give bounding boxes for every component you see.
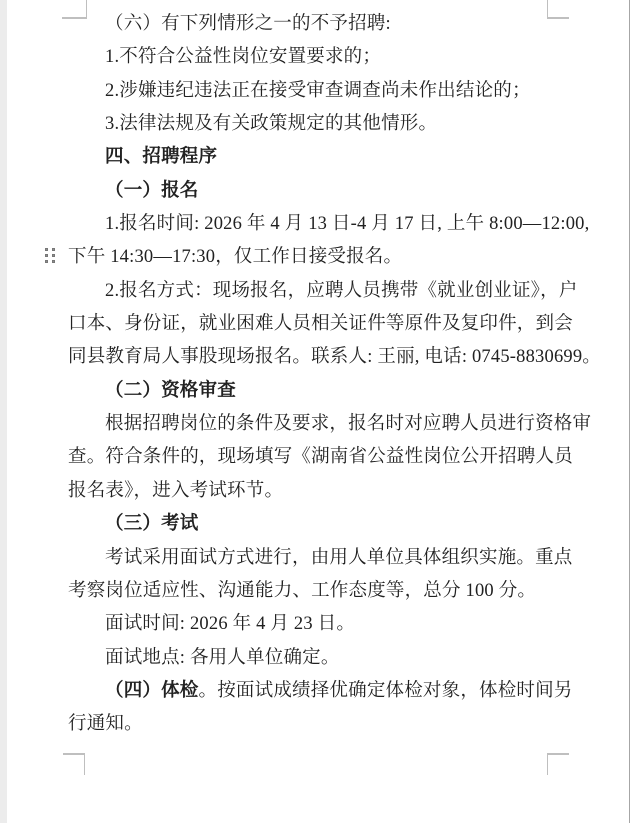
- text-line: 同县教育局人事股现场报名。联系人: 王丽, 电话: 0745-8830699。: [68, 341, 620, 374]
- margin-crop-mark-bottom-right-icon: [547, 753, 569, 775]
- text-line: 面试时间: 2026 年 4 月 23 日。: [68, 608, 620, 641]
- text-line: （六）有下列情形之一的不予招聘:: [68, 8, 620, 41]
- canvas-gutter: [0, 0, 7, 823]
- text-line: 根据招聘岗位的条件及要求，报名时对应聘人员进行资格审: [68, 408, 620, 441]
- text-line: 3.法律法规及有关政策规定的其他情形。: [68, 108, 620, 141]
- text-line: （三）考试: [68, 508, 620, 541]
- text-line: 四、招聘程序: [68, 141, 620, 174]
- text-line: 考试采用面试方式进行，由用人单位具体组织实施。重点: [68, 542, 620, 575]
- text-line: 口本、身份证，就业困难人员相关证件等原件及复印件，到会: [68, 308, 620, 341]
- text-line: 下午 14:30—17:30，仅工作日接受报名。: [68, 241, 620, 274]
- text-line: 行通知。: [68, 708, 620, 741]
- document-text-body: （六）有下列情形之一的不予招聘:1.不符合公益性岗位安置要求的；2.涉嫌违纪违法…: [68, 8, 620, 742]
- drag-handle-icon[interactable]: [45, 248, 55, 263]
- app-canvas: （六）有下列情形之一的不予招聘:1.不符合公益性岗位安置要求的；2.涉嫌违纪违法…: [0, 0, 633, 823]
- text-line: 面试地点: 各用人单位确定。: [68, 642, 620, 675]
- text-line: 查。符合条件的，现场填写《湖南省公益性岗位公开招聘人员: [68, 441, 620, 474]
- text-line: 考察岗位适应性、沟通能力、工作态度等，总分 100 分。: [68, 575, 620, 608]
- text-line: （二）资格审查: [68, 375, 620, 408]
- text-line: 2.报名方式：现场报名，应聘人员携带《就业创业证》，户: [68, 275, 620, 308]
- text-line: 1.不符合公益性岗位安置要求的；: [68, 41, 620, 74]
- text-line: （四）体检。按面试成绩择优确定体检对象，体检时间另: [68, 675, 620, 708]
- text-line: （一）报名: [68, 175, 620, 208]
- text-line: 报名表》，进入考试环节。: [68, 475, 620, 508]
- margin-crop-mark-bottom-left-icon: [63, 753, 85, 775]
- text-line: 1.报名时间: 2026 年 4 月 13 日-4 月 17 日, 上午 8:0…: [68, 208, 620, 241]
- text-line: 2.涉嫌违纪违法正在接受审查调查尚未作出结论的；: [68, 75, 620, 108]
